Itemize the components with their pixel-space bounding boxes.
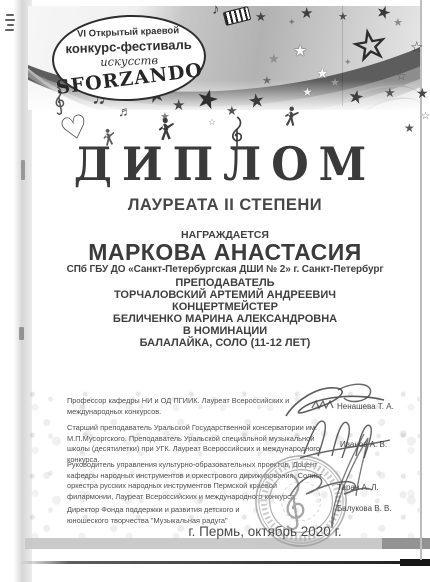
star-icon: ★ — [347, 87, 366, 108]
music-note-icon: ♬ — [118, 104, 132, 118]
star-icon: ☆ — [421, 112, 430, 122]
star-icon: ★ — [255, 10, 267, 23]
nomination-value: БАЛАЛАЙКА, СОЛО (11-12 ЛЕТ) — [30, 337, 420, 349]
scan-edge-blob — [400, 559, 430, 566]
star-icon: ★ — [293, 44, 307, 60]
scan-smudge — [6, 14, 14, 16]
accompanist-name: БЕЛИЧЕНКО МАРИНА АЛЕКСАНДРОВНА — [30, 313, 420, 325]
recipient-name: МАРКОВА АНАСТАСИЯ — [30, 239, 420, 266]
star-icon: ★ — [262, 76, 272, 87]
scan-smudge — [5, 19, 15, 21]
school-name: СПб ГБУ ДО «Санкт-Петербургская ДШИ № 2»… — [30, 264, 420, 275]
scan-smudge — [7, 24, 14, 26]
signatory-title: Профессор кафедры НИ и ОД ПГИИК. Лауреат… — [67, 396, 292, 417]
star-icon: ★ — [302, 86, 313, 98]
diploma-subtitle: ЛАУРЕАТА II СТЕПЕНИ — [30, 196, 420, 215]
star-icon: ★ — [247, 91, 267, 112]
signature-scribble — [318, 430, 374, 534]
star-icon: ☆ — [410, 40, 423, 55]
dancer-silhouette-icon — [282, 105, 299, 132]
dancer-silhouette-icon — [102, 127, 116, 150]
star-icon: ★ — [404, 122, 415, 134]
star-icon: ★ — [338, 12, 348, 23]
scan-edge-line — [20, 561, 430, 564]
star-icon: ★ — [384, 86, 396, 99]
scan-smudge — [5, 29, 14, 31]
scan-right-edge — [420, 0, 422, 560]
dancer-silhouette-icon — [158, 118, 174, 145]
scan-texture-strip — [25, 538, 430, 549]
star-icon: ★ — [172, 98, 185, 113]
star-icon: ☆ — [349, 23, 391, 69]
diploma-page: ★ ★ ★ ★ ★ ★ ★ ★ ★ ★ ★ ★ ☆ ★ ★ ★ ☆ ☆ ★ ☆ … — [0, 0, 430, 582]
diploma-title: ДИПЛОМ — [30, 139, 420, 192]
star-icon: ★ — [268, 52, 280, 65]
star-icon: ★ — [300, 6, 313, 21]
star-icon: ★ — [316, 66, 329, 80]
accompanist-label: КОНЦЕРТМЕЙСТЕР — [30, 301, 420, 313]
star-icon: ★ — [393, 18, 403, 29]
star-icon: ★ — [330, 78, 340, 89]
nomination-label: В НОМИНАЦИИ — [30, 325, 420, 337]
teacher-label: ПРЕПОДАВАТЕЛЬ — [30, 277, 420, 289]
sparkle-icon: ✦ — [288, 18, 296, 27]
teacher-name: ТОРЧАЛОВСКИЙ АРТЕМИЙ АНДРЕЕВИЧ — [30, 289, 420, 301]
star-icon: ☆ — [396, 70, 407, 82]
treble-clef-icon — [228, 116, 246, 152]
star-icon: ☆ — [208, 118, 216, 127]
scan-smudge — [19, 327, 24, 340]
scan-smudge — [21, 160, 25, 180]
star-icon: ★ — [416, 86, 429, 100]
sparkle-icon: ✦ — [344, 58, 352, 67]
music-note-icon: ♪ — [212, 2, 220, 17]
